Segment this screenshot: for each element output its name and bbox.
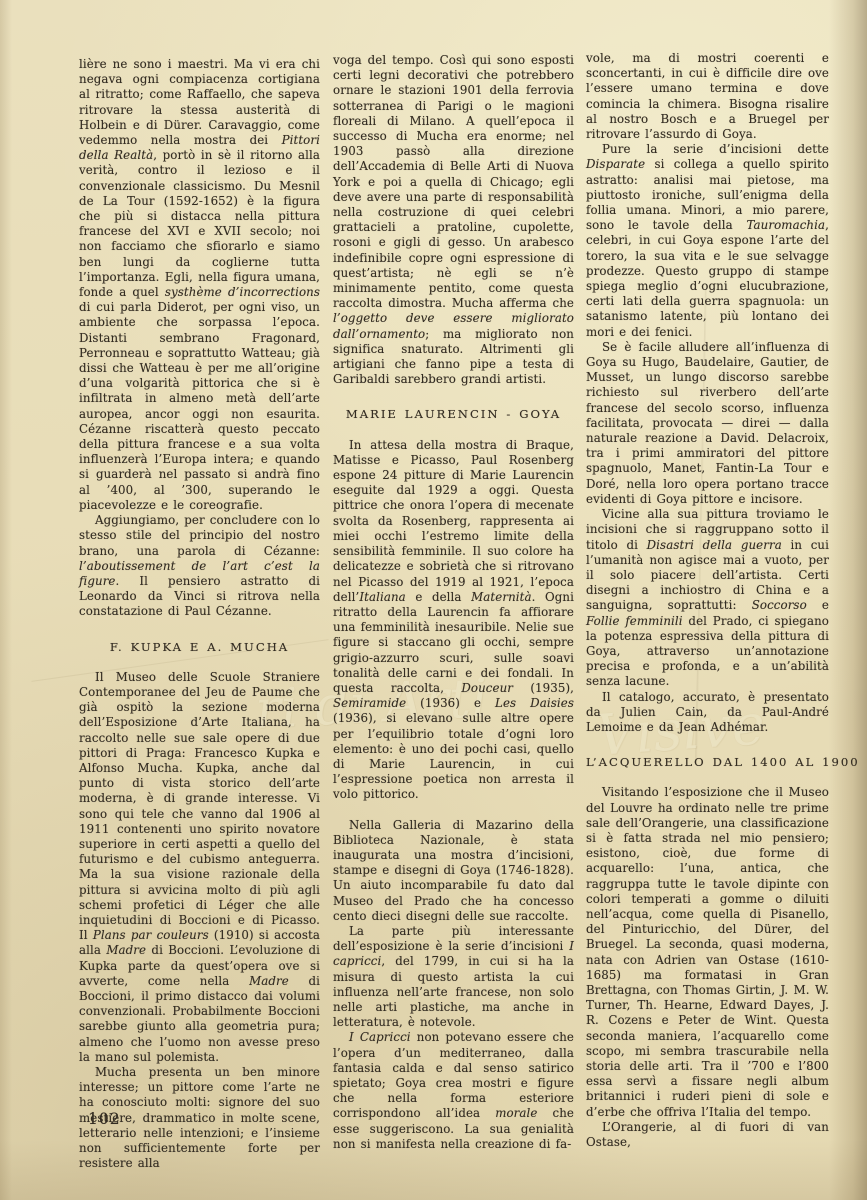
italic-text-segment: Plans par couleurs	[93, 928, 209, 942]
text-segment: (1935),	[513, 681, 574, 695]
italic-text-segment: I Capricci	[349, 1030, 411, 1044]
text-segment: In attesa della mostra di Braque, Matiss…	[333, 438, 574, 604]
paragraph: Aggiungiamo, per concludere con lo stess…	[79, 513, 320, 619]
text-column-1: lière ne sono i maestri. Ma vi era chi n…	[79, 57, 320, 1171]
text-segment: vole, ma di mostri coerenti e sconcertan…	[586, 51, 829, 141]
text-segment: Se è facile alludere all’influenza di Go…	[586, 340, 829, 506]
text-segment: , portò in sè il ritorno alla verità, co…	[79, 148, 320, 299]
paragraph: Il catalogo, accurato, è presentato da J…	[586, 690, 829, 736]
text-segment: di cui parla Diderot, per ogni viso, un …	[79, 300, 320, 512]
text-segment: . Il pensiero astratto di Leonardo da Vi…	[79, 574, 320, 618]
text-column-2: voga del tempo. Così qui sono esposti ce…	[333, 53, 574, 1152]
text-segment: Pure la serie d’incisioni dette	[602, 142, 829, 156]
text-segment: F. KUPKA E A. MUCHA	[110, 640, 289, 654]
text-segment: Il Museo delle Scuole Straniere Contempo…	[79, 670, 320, 942]
italic-text-segment: Disparate	[586, 157, 645, 171]
paragraph: Visitando l’esposizione che il Museo del…	[586, 785, 829, 1119]
text-segment: (1936) e	[406, 696, 495, 710]
text-segment: Aggiungiamo, per concludere con lo stess…	[79, 513, 320, 557]
italic-text-segment: Tauromachia	[746, 218, 825, 232]
italic-text-segment: systhème d’incorrections	[165, 285, 320, 299]
page-number: 102	[88, 1110, 121, 1128]
paragraph: voga del tempo. Così qui sono esposti ce…	[333, 53, 574, 387]
italic-text-segment: Madre	[106, 943, 146, 957]
text-segment: L’ACQUERELLO DAL 1400 AL 1900	[586, 755, 860, 769]
italic-text-segment: Madre	[249, 974, 289, 988]
paragraph: Se è facile alludere all’influenza di Go…	[586, 340, 829, 507]
paragraph: lière ne sono i maestri. Ma vi era chi n…	[79, 57, 320, 513]
text-segment: Il catalogo, accurato, è presentato da J…	[586, 690, 829, 734]
italic-text-segment: Maternità	[471, 590, 532, 604]
italic-text-segment: Douceur	[461, 681, 513, 695]
paragraph: Nella Galleria di Mazarino della Bibliot…	[333, 818, 574, 924]
text-segment: . Ogni ritratto della Laurencin fa affio…	[333, 590, 574, 695]
text-segment: MARIE LAURENCIN - GOYA	[346, 407, 561, 421]
italic-text-segment: Les Daisies	[495, 696, 574, 710]
italic-text-segment: Disastri della guerra	[647, 538, 782, 552]
paragraph: vole, ma di mostri coerenti e sconcertan…	[586, 51, 829, 142]
text-segment: Nella Galleria di Mazarino della Bibliot…	[333, 818, 574, 923]
italic-text-segment: Soccorso	[752, 598, 807, 612]
paragraph: L’Orangerie, al di fuori di van Ostase,	[586, 1120, 829, 1150]
text-segment: Visitando l’esposizione che il Museo del…	[586, 785, 829, 1118]
section-heading: F. KUPKA E A. MUCHA	[79, 640, 320, 655]
paragraph: Pure la serie d’incisioni dette Disparat…	[586, 142, 829, 340]
text-segment: e della	[406, 590, 471, 604]
italic-text-segment: Follie femminili	[586, 614, 683, 628]
paragraph: I Capricci non potevano essere che l’ope…	[333, 1030, 574, 1152]
text-segment: e	[807, 598, 829, 612]
text-segment: (1936), si elevano sulle altre opere per…	[333, 711, 574, 801]
text-segment: La parte più interessante dell’esposizio…	[333, 924, 574, 953]
italic-text-segment: Italiana	[359, 590, 405, 604]
text-segment: voga del tempo. Così qui sono esposti ce…	[333, 53, 574, 310]
section-heading: MARIE LAURENCIN - GOYA	[333, 407, 574, 422]
text-segment: L’Orangerie, al di fuori di van Ostase,	[586, 1120, 829, 1149]
paragraph: La parte più interessante dell’esposizio…	[333, 924, 574, 1030]
italic-text-segment: morale	[495, 1106, 537, 1120]
italic-text-segment: Semiramide	[333, 696, 406, 710]
section-heading: L’ACQUERELLO DAL 1400 AL 1900	[586, 755, 829, 770]
paragraph: Vicine alla sua pittura troviamo le inci…	[586, 507, 829, 689]
paragraph: Il Museo delle Scuole Straniere Contempo…	[79, 670, 320, 1065]
text-segment: , celebri, in cui Goya espone l’arte del…	[586, 218, 829, 338]
paragraph: In attesa della mostra di Braque, Matiss…	[333, 438, 574, 803]
text-column-3: vole, ma di mostri coerenti e sconcertan…	[586, 51, 829, 1150]
